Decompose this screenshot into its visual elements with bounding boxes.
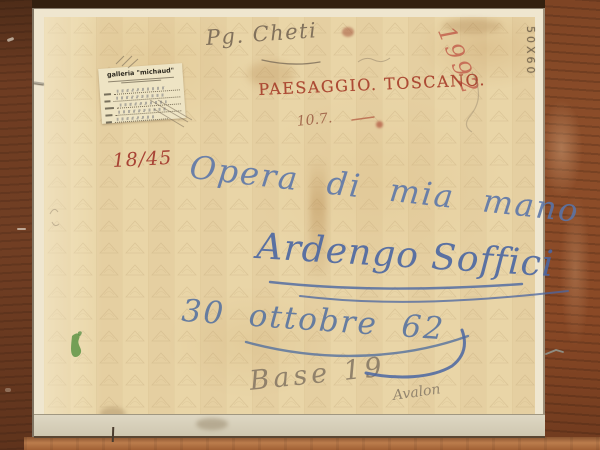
frame-left-bar [0,0,32,450]
frame-right-bar [545,0,600,450]
frame-bottom-bar [24,437,600,450]
stain [196,418,228,430]
painting-verso-photo: galleria "michaud" Pg. Cheti 1992 50X60 … [0,0,600,450]
gallery-label-fields [104,83,182,123]
paint-speck [5,388,11,392]
canvas-fold-edge [34,414,545,438]
gallery-label: galleria "michaud" [98,63,186,124]
paint-speck [17,228,26,230]
